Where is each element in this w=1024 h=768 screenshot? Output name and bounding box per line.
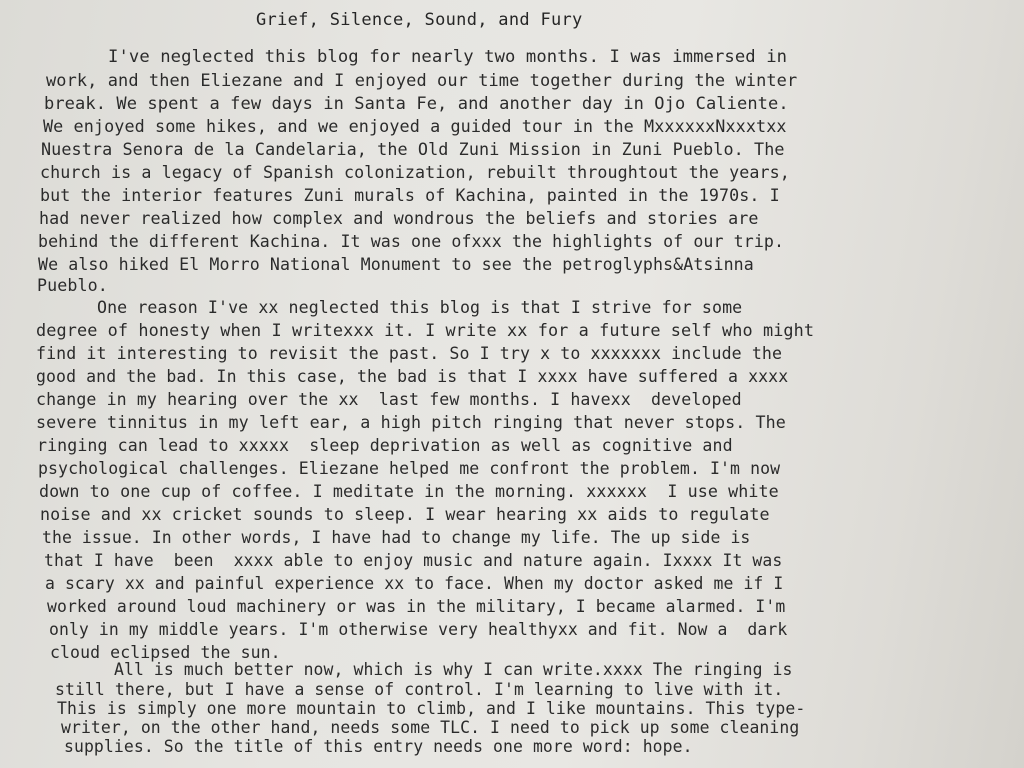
text-line: We also hiked El Morro National Monument… [38, 255, 754, 275]
text-line: supplies. So the title of this entry nee… [64, 737, 693, 757]
text-line: Pueblo. [37, 276, 108, 296]
text-line: behind the different Kachina. It was one… [38, 232, 784, 252]
text-line: church is a legacy of Spanish colonizati… [40, 163, 790, 183]
text-line: had never realized how complex and wondr… [39, 209, 759, 229]
text-line: a scary xx and painful experience xx to … [45, 574, 783, 594]
text-line: that I have been xxxx able to enjoy musi… [44, 551, 782, 571]
text-line: break. We spent a few days in Santa Fe, … [44, 94, 789, 114]
text-line: but the interior features Zuni murals of… [40, 186, 780, 206]
text-line: Nuestra Senora de la Candelaria, the Old… [41, 140, 785, 160]
text-line: severe tinnitus in my left ear, a high p… [36, 413, 786, 433]
text-line: ringing can lead to xxxxx sleep deprivat… [37, 436, 733, 456]
text-line: All is much better now, which is why I c… [114, 660, 792, 680]
text-line: One reason I've xx neglected this blog i… [97, 298, 742, 318]
text-line: change in my hearing over the xx last fe… [36, 390, 742, 410]
text-line: the issue. In other words, I have had to… [42, 528, 750, 548]
typewritten-page: Grief, Silence, Sound, and Fury I've neg… [0, 0, 1024, 768]
text-line: We enjoyed some hikes, and we enjoyed a … [43, 117, 787, 137]
text-line: psychological challenges. Eliezane helpe… [38, 459, 780, 479]
text-line: degree of honesty when I writexxx it. I … [36, 321, 814, 341]
text-line: worked around loud machinery or was in t… [47, 597, 785, 617]
text-line: work, and then Eliezane and I enjoyed ou… [46, 71, 797, 91]
text-line: This is simply one more mountain to clim… [57, 699, 805, 719]
text-line: noise and xx cricket sounds to sleep. I … [40, 505, 770, 525]
text-line: I've neglected this blog for nearly two … [108, 47, 787, 67]
page-title: Grief, Silence, Sound, and Fury [256, 10, 583, 30]
text-line: good and the bad. In this case, the bad … [36, 367, 788, 387]
text-line: down to one cup of coffee. I meditate in… [39, 482, 779, 502]
text-line: writer, on the other hand, needs some TL… [61, 718, 799, 738]
text-line: still there, but I have a sense of contr… [55, 680, 783, 700]
text-line: only in my middle years. I'm otherwise v… [49, 620, 787, 640]
text-line: find it interesting to revisit the past.… [36, 344, 782, 364]
